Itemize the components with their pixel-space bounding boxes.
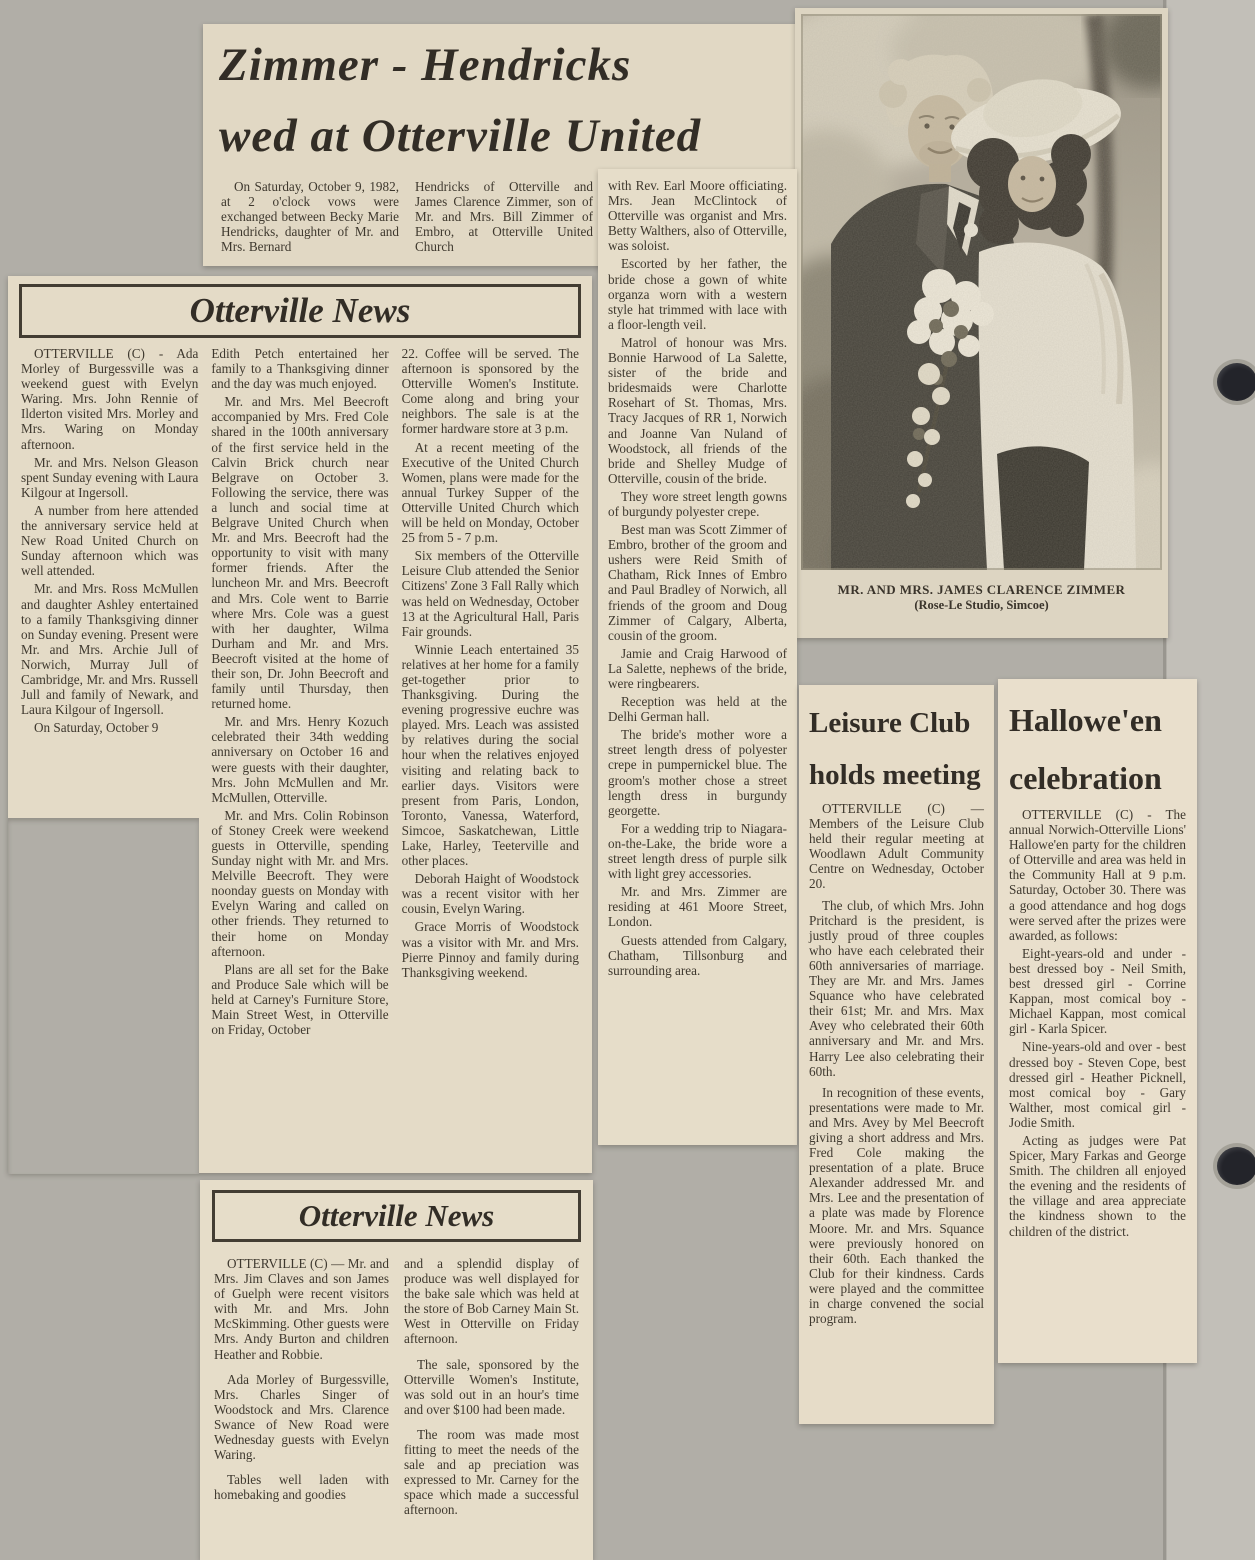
leisure-title: Leisure Club holds meeting [809,697,984,801]
paragraph: Winnie Leach entertained 35 relatives at… [402,642,579,868]
paragraph: Mr. and Mrs. Colin Robinson of Stoney Cr… [211,808,388,959]
photo-clipping: MR. AND MRS. JAMES CLARENCE ZIMMER (Rose… [795,8,1168,638]
wedding-intro-col2: Hendricks of Otterville and James Claren… [415,179,593,254]
hole-punch-bottom [1217,1147,1255,1185]
torn-paper-gap [8,818,199,1174]
paragraph: They wore street length gowns of burgund… [608,489,787,519]
news1-title: Otterville News [190,291,411,330]
paragraph: In recognition of these events, presenta… [809,1085,984,1327]
paragraph: A number from here attended the annivers… [21,503,198,578]
paragraph: Acting as judges were Pat Spicer, Mary F… [1009,1133,1186,1239]
paragraph: Tables well laden with homebaking and go… [214,1472,389,1502]
paragraph: Reception was held at the Delhi German h… [608,694,787,724]
news1-header: Otterville News [19,284,581,338]
news1-col2: Edith Petch entertained her family to a … [211,346,388,1040]
paragraph: Ada Morley of Burgessville, Mrs. Charles… [214,1372,389,1463]
paragraph: Nine-years-old and over - best dressed b… [1009,1039,1186,1130]
news2-title: Otterville News [299,1198,494,1233]
wedding-photo [801,14,1162,570]
paragraph: On Saturday, October 9 [21,720,198,735]
paragraph: The club, of which Mrs. John Pritchard i… [809,898,984,1079]
wedding-intro-col1: On Saturday, October 9, 1982, at 2 o'clo… [221,179,399,254]
halloween-title-line1: Hallowe'en [1009,691,1186,749]
paragraph: Guests attended from Calgary, Chatham, T… [608,933,787,978]
paragraph: Mr. and Mrs. Zimmer are residing at 461 … [608,884,787,929]
paragraph: Grace Morris of Woodstock was a visitor … [402,919,579,979]
scrapbook-page: { "palette": { "page_background": "#b1ae… [0,0,1255,1560]
paragraph: Mr. and Mrs. Mel Beecroft accompanied by… [211,394,388,711]
news1-col3: 22. Coffee will be served. The afternoon… [402,346,579,1040]
paragraph: Jamie and Craig Harwood of La Salette, n… [608,646,787,691]
paragraph: Mr. and Mrs. Nelson Gleason spent Sunday… [21,455,198,500]
photo-caption-line1: MR. AND MRS. JAMES CLARENCE ZIMMER [801,582,1162,598]
halloween-body: OTTERVILLE (C) - The annual Norwich-Otte… [1009,807,1186,1239]
paragraph: For a wedding trip to Niagara-on-the-Lak… [608,821,787,881]
leisure-body: OTTERVILLE (C) — Members of the Leisure … [809,801,984,1326]
paragraph: and a splendid display of produce was we… [404,1256,579,1347]
news2-columns: OTTERVILLE (C) — Mr. and Mrs. Jim Claves… [200,1250,593,1534]
paragraph: Matrol of honour was Mrs. Bonnie Harwood… [608,335,787,486]
leisure-title-line1: Leisure Club [809,697,984,749]
wedding-headline: Zimmer - Hendricks wed at Otterville Uni… [203,24,797,172]
paragraph: OTTERVILLE (C) - The annual Norwich-Otte… [1009,807,1186,943]
photo-caption-line2: (Rose-Le Studio, Simcoe) [801,598,1162,613]
paragraph: OTTERVILLE (C) — Mr. and Mrs. Jim Claves… [214,1256,389,1362]
wedding-continuation-column: with Rev. Earl Moore officiating. Mrs. J… [598,169,797,1145]
paragraph: Eight-years-old and under - best dressed… [1009,946,1186,1037]
photo-caption: MR. AND MRS. JAMES CLARENCE ZIMMER (Rose… [801,582,1162,613]
paragraph: Plans are all set for the Bake and Produ… [211,962,388,1037]
hole-punch-top [1217,363,1255,401]
halloween-clipping: Hallowe'en celebration OTTERVILLE (C) - … [998,679,1197,1363]
halloween-title-line2: celebration [1009,749,1186,807]
paragraph: Edith Petch entertained her family to a … [211,346,388,391]
halloween-title: Hallowe'en celebration [1009,691,1186,807]
paragraph: 22. Coffee will be served. The afternoon… [402,346,579,437]
headline-line1: Zimmer - Hendricks [219,30,797,101]
otterville-news-2-clipping: Otterville News OTTERVILLE (C) — Mr. and… [200,1180,593,1560]
news2-header: Otterville News [212,1190,581,1242]
news2-col2: and a splendid display of produce was we… [404,1256,579,1528]
wedding-intro: On Saturday, October 9, 1982, at 2 o'clo… [203,172,601,257]
paragraph: The room was made most fitting to meet t… [404,1427,579,1518]
headline-line2: wed at Otterville United [219,101,797,172]
leisure-club-clipping: Leisure Club holds meeting OTTERVILLE (C… [799,685,994,1424]
news2-col1: OTTERVILLE (C) — Mr. and Mrs. Jim Claves… [214,1256,389,1528]
paragraph: The sale, sponsored by the Otterville Wo… [404,1357,579,1417]
paragraph: OTTERVILLE (C) — Members of the Leisure … [809,801,984,892]
paragraph: Mr. and Mrs. Ross McMullen and daughter … [21,581,198,717]
paragraph: OTTERVILLE (C) - Ada Morley of Burgessvi… [21,346,198,452]
leisure-title-line2: holds meeting [809,749,984,801]
paragraph: Escorted by her father, the bride chose … [608,256,787,331]
paragraph: At a recent meeting of the Executive of … [402,440,579,546]
paragraph: Six members of the Otterville Leisure Cl… [402,548,579,639]
paragraph: with Rev. Earl Moore officiating. Mrs. J… [608,178,787,253]
paragraph: Deborah Haight of Woodstock was a recent… [402,871,579,916]
paragraph: The bride's mother wore a street length … [608,727,787,818]
paragraph: Mr. and Mrs. Henry Kozuch celebrated the… [211,714,388,805]
paragraph: Best man was Scott Zimmer of Embro, brot… [608,522,787,643]
